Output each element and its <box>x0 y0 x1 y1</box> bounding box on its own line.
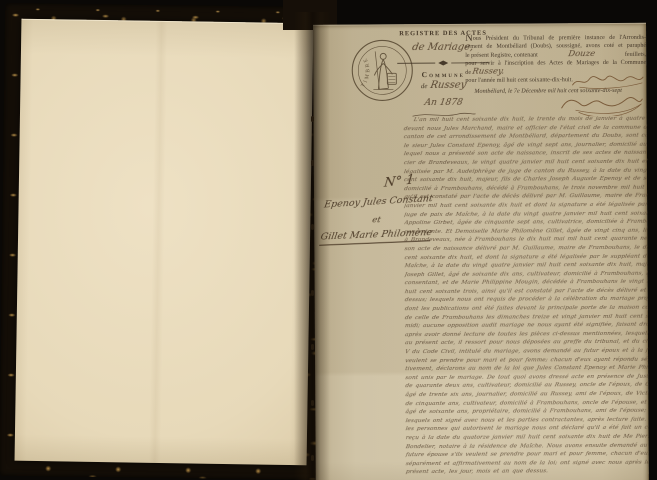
year-handwritten: An 1878 <box>424 98 464 108</box>
president-signature <box>557 94 645 117</box>
attestation-line: sement de Montbéliard (Doubs), soussigné… <box>465 42 646 51</box>
president-paraph-signature <box>569 74 645 89</box>
handwritten-line: présent acte, les jour, mois et an que d… <box>405 467 649 477</box>
binding-stitch <box>311 344 314 350</box>
conjunction-note: et <box>371 215 382 225</box>
attestation-block: Nous Président du Tribunal de première i… <box>465 34 646 96</box>
binding-stitch <box>311 116 314 122</box>
handwritten-act-body: L'an mil huit cent soixante dix huit, le… <box>404 115 649 477</box>
scanned-register-photo: TIMBRE REGISTRE DES ACTES de Mariage, Co… <box>0 0 657 480</box>
commune-name-handwritten: Russey. <box>472 68 505 76</box>
page-gutter-shadow <box>294 12 330 480</box>
binding-stitch <box>311 400 314 406</box>
svg-text:TIMBRE: TIMBRE <box>360 56 372 89</box>
binding-stitch <box>311 455 314 461</box>
binding-stitch <box>311 224 314 230</box>
commune-de: de <box>421 82 428 90</box>
stamp-label: TIMBRE <box>360 56 372 89</box>
binding-stitch <box>311 290 314 296</box>
left-blank-page <box>15 19 314 466</box>
binding-stitch <box>311 160 314 166</box>
feuillets-count-handwritten: Douze <box>567 50 595 58</box>
register-page: TIMBRE REGISTRE DES ACTES de Mariage, Co… <box>313 23 649 480</box>
